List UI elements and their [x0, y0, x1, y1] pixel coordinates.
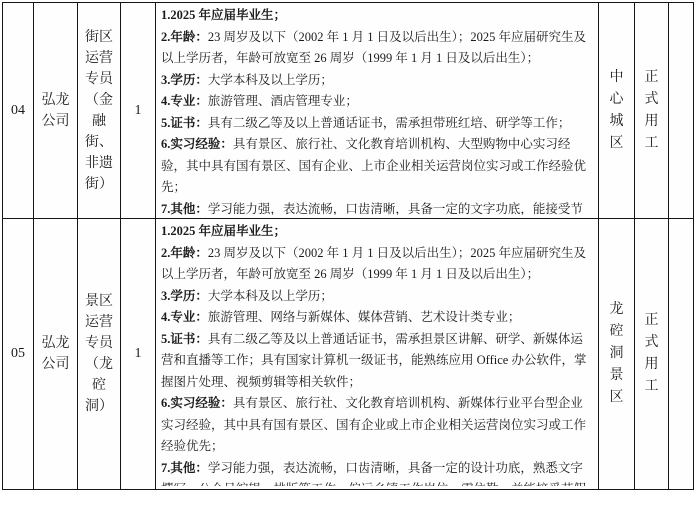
- requirement-item-7: 7.其他：学习能力强，表达流畅，口齿清晰，具备一定的设计功底，熟悉文字撰写，公众…: [161, 458, 594, 487]
- company-name: 弘龙公司: [41, 333, 71, 375]
- recruitment-table: 04 弘龙公司 街区运营专员（金融街、非遗街） 1 1.2025 年应届毕业生；…: [2, 2, 694, 490]
- requirement-item-6: 6.实习经验：具有景区、旅行社、文化教育培训机构、新媒体行业平台型企业实习经验，…: [161, 393, 594, 458]
- row-04-number-cell: 04: [3, 3, 34, 219]
- requirement-item-1: 1.2025 年应届毕业生；: [161, 221, 594, 243]
- row-05-number-cell: 05: [3, 219, 34, 490]
- row-05-position-cell: 景区运营专员（龙硿洞）: [78, 219, 121, 490]
- requirement-item-7: 7.其他：学习能力强，表达流畅，口齿清晰，具备一定的文字功底，能接受节假日工作安…: [161, 199, 594, 216]
- row-05-location-cell: 龙硿洞景区: [599, 219, 635, 490]
- requirements-list: 1.2025 年应届毕业生； 2.年龄：23 周岁及以下（2002 年 1 月 …: [156, 3, 598, 215]
- row-04-position-cell: 街区运营专员（金融街、非遗街）: [78, 3, 121, 219]
- row-04-employment-cell: 正式用工: [635, 3, 669, 219]
- row-04-empty-cell: [669, 3, 694, 219]
- requirement-item-6: 6.实习经验：具有景区、旅行社、文化教育培训机构、大型购物中心实习经验，其中具有…: [161, 134, 594, 199]
- table-row: 04 弘龙公司 街区运营专员（金融街、非遗街） 1 1.2025 年应届毕业生；…: [3, 3, 694, 219]
- row-05-employment-cell: 正式用工: [635, 219, 669, 490]
- requirement-item-4: 4.专业：旅游管理、网络与新媒体、媒体营销、艺术设计类专业；: [161, 307, 594, 329]
- company-name: 弘龙公司: [41, 90, 71, 132]
- row-04-requirements-cell: 1.2025 年应届毕业生； 2.年龄：23 周岁及以下（2002 年 1 月 …: [156, 3, 599, 219]
- row-05-company-cell: 弘龙公司: [34, 219, 78, 490]
- requirement-item-2: 2.年龄：23 周岁及以下（2002 年 1 月 1 日及以后出生）；2025 …: [161, 243, 594, 286]
- position-name: 街区运营专员（金融街、非遗街）: [84, 27, 114, 195]
- work-location: 中心城区: [609, 67, 625, 155]
- row-05-count-cell: 1: [121, 219, 156, 490]
- table-row: 05 弘龙公司 景区运营专员（龙硿洞） 1 1.2025 年应届毕业生； 2.年…: [3, 219, 694, 490]
- position-name: 景区运营专员（龙硿洞）: [84, 291, 114, 417]
- requirement-item-3: 3.学历：大学本科及以上学历；: [161, 70, 594, 92]
- employment-type: 正式用工: [644, 310, 660, 398]
- employment-type: 正式用工: [644, 67, 660, 155]
- requirement-item-1: 1.2025 年应届毕业生；: [161, 5, 594, 27]
- requirements-list: 1.2025 年应届毕业生； 2.年龄：23 周岁及以下（2002 年 1 月 …: [156, 219, 598, 486]
- row-05-requirements-cell: 1.2025 年应届毕业生； 2.年龄：23 周岁及以下（2002 年 1 月 …: [156, 219, 599, 490]
- row-04-company-cell: 弘龙公司: [34, 3, 78, 219]
- requirement-item-2: 2.年龄：23 周岁及以下（2002 年 1 月 1 日及以后出生）；2025 …: [161, 27, 594, 70]
- requirement-item-4: 4.专业：旅游管理、酒店管理专业；: [161, 91, 594, 113]
- row-04-count-cell: 1: [121, 3, 156, 219]
- requirement-item-5: 5.证书：具有二级乙等及以上普通话证书，需承担带班红培、研学等工作；: [161, 113, 594, 135]
- work-location: 龙硿洞景区: [609, 299, 625, 409]
- row-05-empty-cell: [669, 219, 694, 490]
- row-04-location-cell: 中心城区: [599, 3, 635, 219]
- requirement-item-3: 3.学历：大学本科及以上学历；: [161, 286, 594, 308]
- requirement-item-5: 5.证书：具有二级乙等及以上普通话证书，需承担景区讲解、研学、新媒体运营和直播等…: [161, 329, 594, 394]
